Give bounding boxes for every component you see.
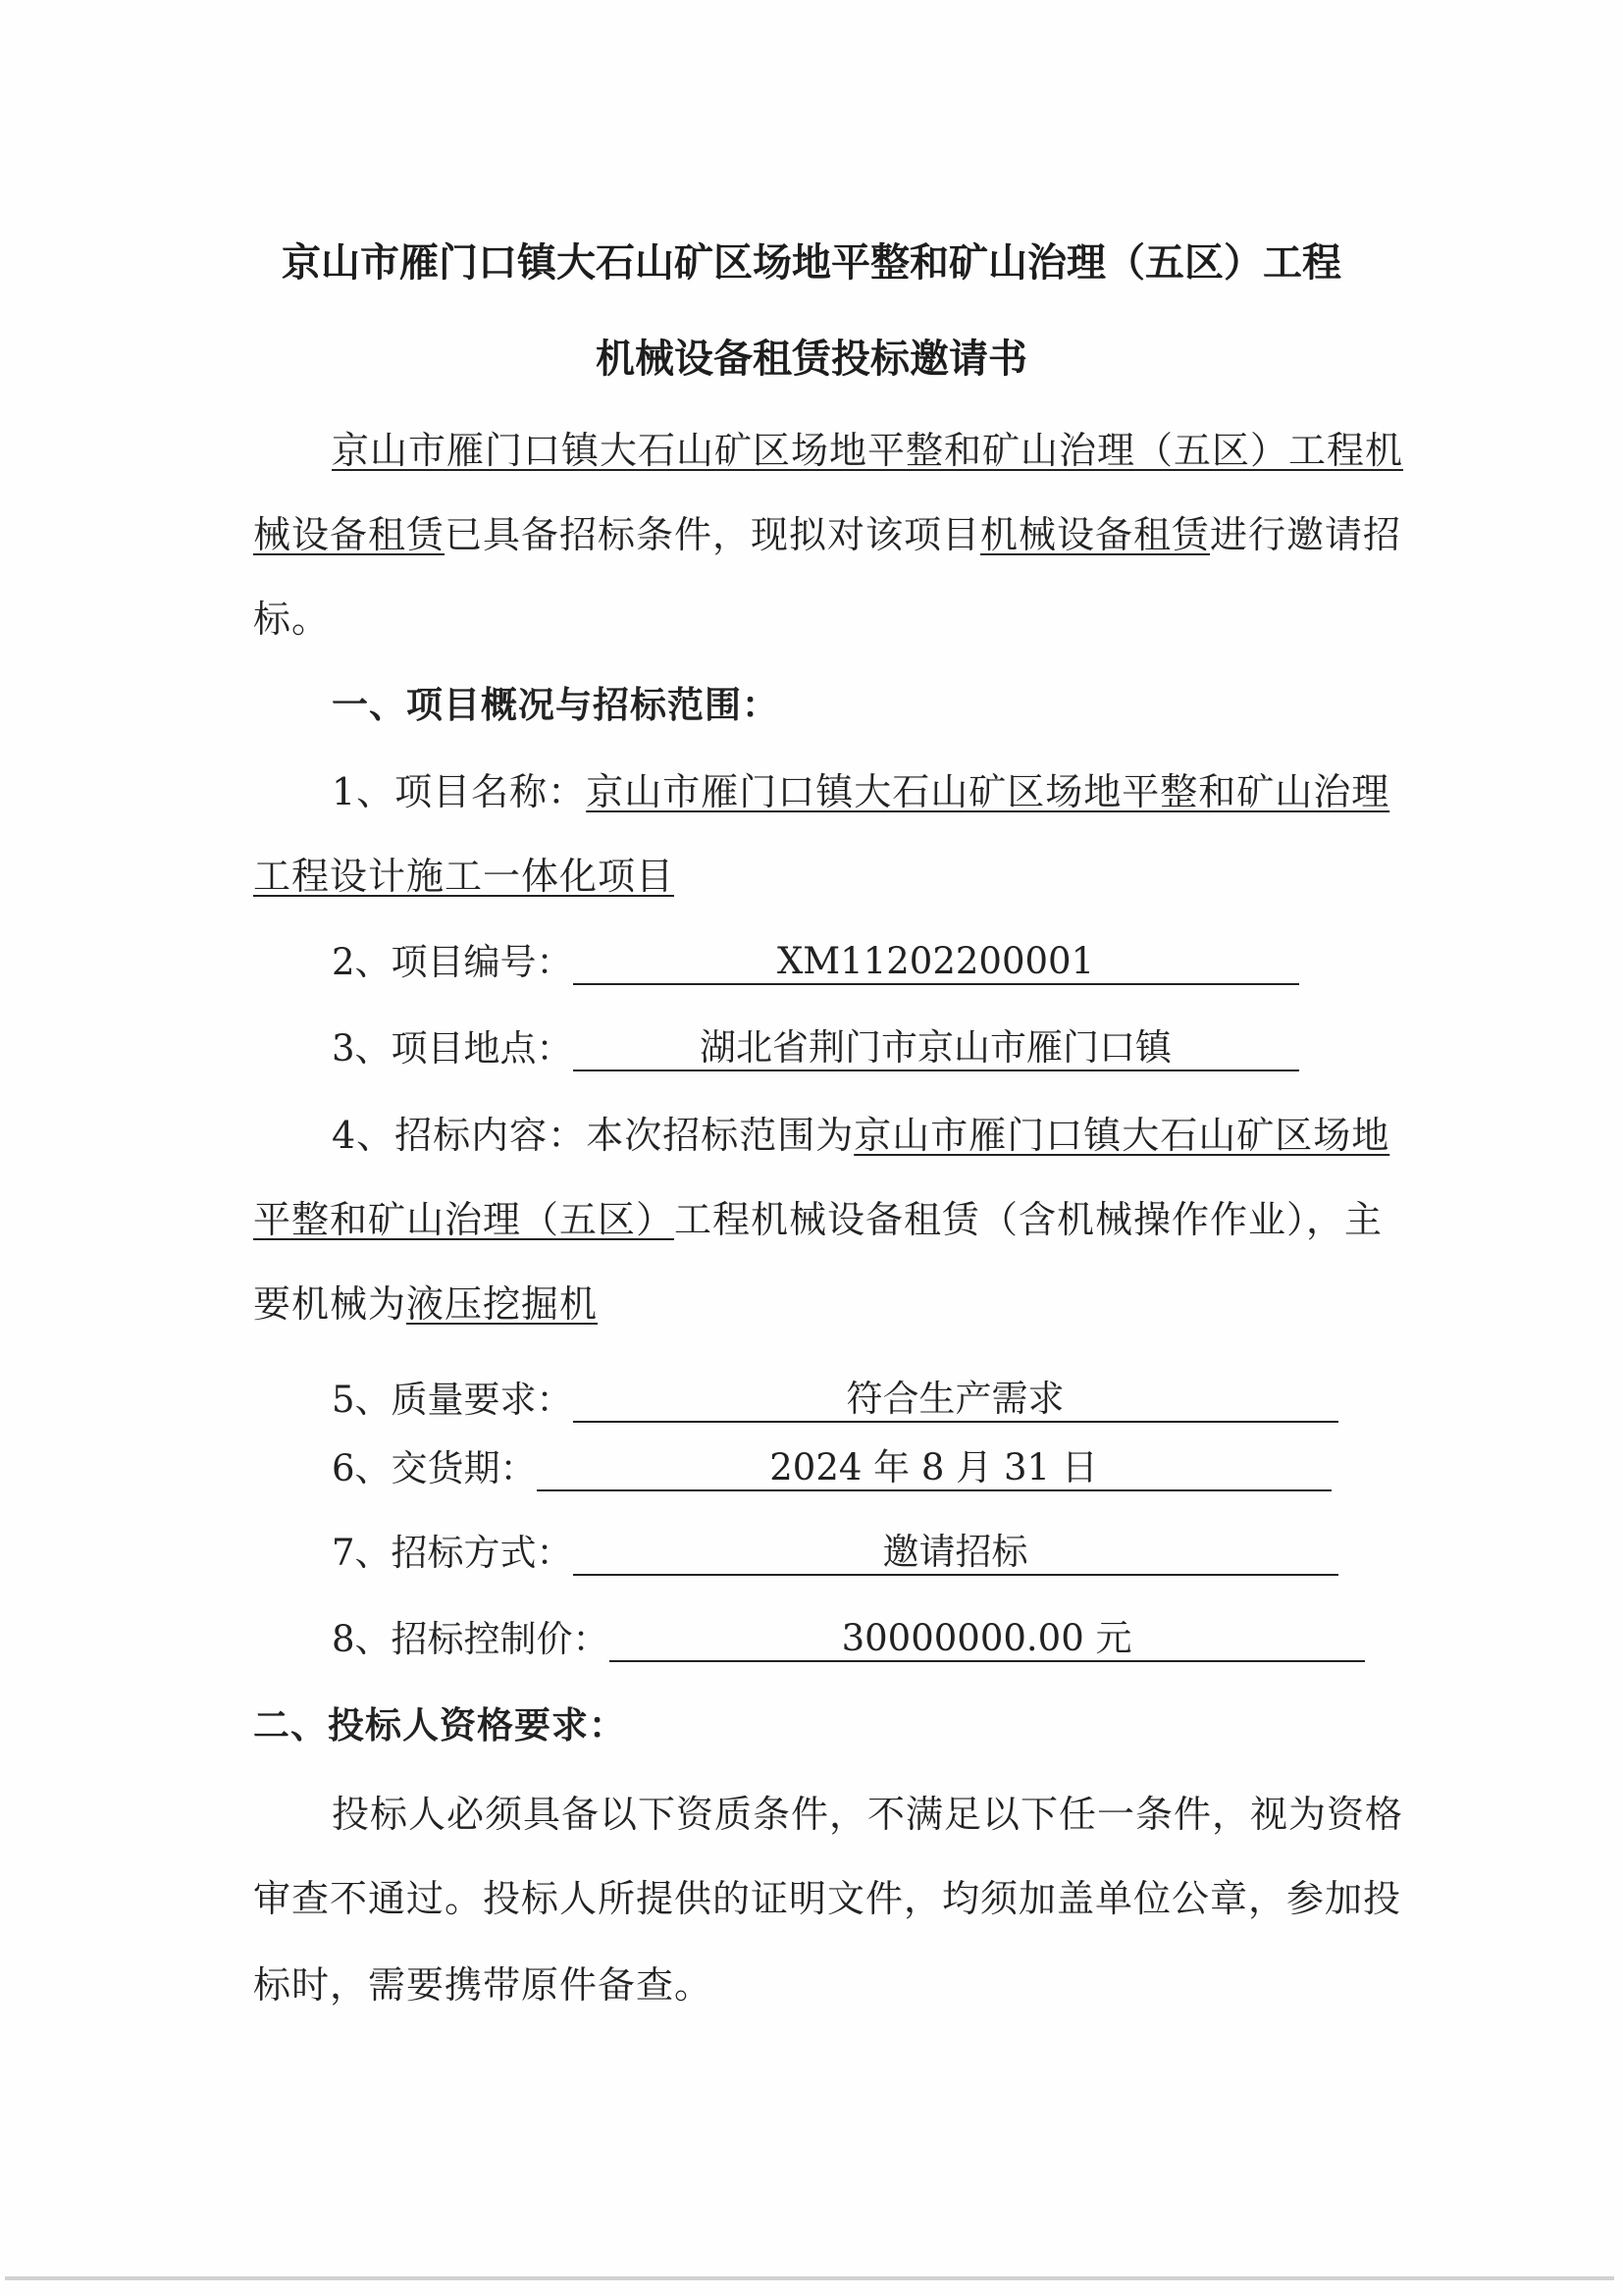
item-7-value: 邀请招标 (573, 1531, 1338, 1576)
equipment-rental-underlined: 械设备租赁 (253, 513, 445, 556)
item-4-text-3: 要机械为 (253, 1282, 406, 1326)
item-5-value: 符合生产需求 (573, 1378, 1338, 1423)
section-2-para-line-2: 审查不通过。投标人所提供的证明文件，均须加盖单位公章，参加投 (253, 1876, 1391, 1921)
item-8-label: 8、招标控制价： (332, 1617, 609, 1662)
item-5-label: 5、质量要求： (332, 1378, 573, 1423)
document-title-line-2: 机械设备租赁投标邀请书 (0, 328, 1623, 384)
item-6-value: 2024 年 8 月 31 日 (537, 1446, 1332, 1491)
intro-line-2: 械设备租赁已具备招标条件，现拟对该项目机械设备租赁进行邀请招 (253, 512, 1391, 557)
item-8-value: 30000000.00 元 (609, 1617, 1365, 1662)
item-4-label: 4、招标内容： (332, 1114, 586, 1157)
intro-line-1: 京山市雁门口镇大石山矿区场地平整和矿山治理（五区）工程机 (332, 428, 1470, 473)
project-name-underlined: 京山市雁门口镇大石山矿区场地平整和矿山治理（五区）工程机 (332, 429, 1403, 472)
section-2-heading: 二、投标人资格要求： (253, 1703, 1391, 1748)
page-bottom-edge (5, 2276, 1614, 2280)
section-2-para-line-3: 标时，需要携带原件备查。 (253, 1962, 1391, 2008)
item-7-row: 7、招标方式：邀请招标 (332, 1531, 1338, 1576)
item-4-line-3: 要机械为液压挖掘机 (253, 1281, 1391, 1327)
intro-text-2: 进行邀请招 (1210, 513, 1401, 556)
item-2-label: 2、项目编号： (332, 940, 573, 985)
item-1-line-1: 1、项目名称：京山市雁门口镇大石山矿区场地平整和矿山治理 (332, 769, 1470, 814)
equipment-rental-underlined-2: 机械设备租赁 (980, 513, 1210, 556)
item-2-row: 2、项目编号：XM11202200001 (332, 940, 1299, 985)
item-5-row: 5、质量要求：符合生产需求 (332, 1378, 1338, 1423)
item-1-value: 京山市雁门口镇大石山矿区场地平整和矿山治理 (586, 770, 1389, 813)
item-3-value: 湖北省荆门市京山市雁门口镇 (573, 1026, 1299, 1071)
item-1-value-cont: 工程设计施工一体化项目 (253, 855, 674, 898)
section-2-para-line-1: 投标人必须具备以下资质条件，不满足以下任一条件，视为资格 (332, 1792, 1470, 1837)
item-4-text-2: 工程机械设备租赁（含机械操作作业），主 (674, 1198, 1383, 1241)
item-4-line-2: 平整和矿山治理（五区）工程机械设备租赁（含机械操作作业），主 (253, 1197, 1391, 1242)
item-7-label: 7、招标方式： (332, 1531, 573, 1576)
item-3-row: 3、项目地点：湖北省荆门市京山市雁门口镇 (332, 1026, 1299, 1071)
item-1-line-2: 工程设计施工一体化项目 (253, 854, 1391, 899)
section-1-heading: 一、项目概况与招标范围： (332, 683, 1470, 728)
item-8-row: 8、招标控制价：30000000.00 元 (332, 1617, 1365, 1662)
item-6-label: 6、交货期： (332, 1446, 537, 1491)
item-4-machine-underlined: 液压挖掘机 (406, 1282, 598, 1326)
document-page: 京山市雁门口镇大石山矿区场地平整和矿山治理（五区）工程 机械设备租赁投标邀请书 … (0, 0, 1623, 2296)
item-6-row: 6、交货期：2024 年 8 月 31 日 (332, 1446, 1332, 1491)
intro-line-3: 标。 (253, 597, 1391, 642)
document-title-line-1: 京山市雁门口镇大石山矿区场地平整和矿山治理（五区）工程 (0, 232, 1623, 287)
intro-text: 已具备招标条件，现拟对该项目 (445, 513, 980, 556)
item-4-line-1: 4、招标内容：本次招标范围为京山市雁门口镇大石山矿区场地 (332, 1113, 1470, 1158)
item-3-label: 3、项目地点： (332, 1026, 573, 1071)
item-1-label: 1、项目名称： (332, 770, 586, 813)
item-2-value: XM11202200001 (573, 940, 1299, 985)
item-4-scope-underlined-cont: 平整和矿山治理（五区） (253, 1198, 674, 1241)
item-4-text: 本次招标范围为 (586, 1114, 854, 1157)
item-4-scope-underlined: 京山市雁门口镇大石山矿区场地 (854, 1114, 1389, 1157)
